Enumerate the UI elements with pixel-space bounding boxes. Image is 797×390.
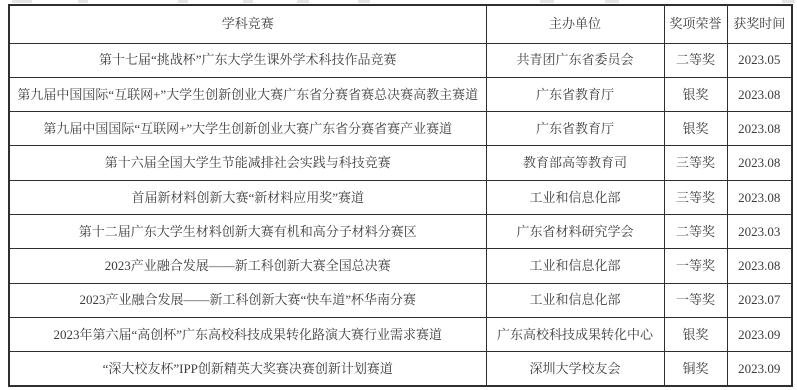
cell-date: 2023.09 bbox=[727, 317, 792, 351]
cell-organizer: 工业和信息化部 bbox=[486, 283, 664, 317]
cell-organizer: 广东高校科技成果转化中心 bbox=[486, 317, 664, 351]
table-row: 第十六届全国大学生节能减排社会实践与科技竞赛教育部高等教育司三等奖2023.08 bbox=[9, 146, 792, 180]
cell-date: 2023.08 bbox=[727, 249, 792, 283]
column-header-award: 奖项荣誉 bbox=[664, 5, 727, 43]
column-header-date: 获奖时间 bbox=[727, 5, 792, 43]
cell-award: 二等奖 bbox=[664, 43, 727, 77]
artifact-mark bbox=[78, 0, 88, 3]
cell-date: 2023.08 bbox=[727, 180, 792, 214]
cell-date: 2023.09 bbox=[727, 352, 792, 386]
cell-competition: “深大校友杯”IPP创新精英大奖赛决赛创新计划赛道 bbox=[9, 352, 486, 386]
cell-award: 银奖 bbox=[664, 77, 727, 111]
award-table-body: 第十七届“挑战杯”广东大学生课外学术科技作品竞赛共青团广东省委员会二等奖2023… bbox=[9, 43, 792, 386]
cell-competition: 首届新材料创新大赛“新材料应用奖”赛道 bbox=[9, 180, 486, 214]
table-row: 第十二届广东大学生材料创新大赛有机和高分子材料分赛区广东省材料研究学会二等奖20… bbox=[9, 214, 792, 248]
table-row: 2023年第六届“高创杯”广东高校科技成果转化路演大赛行业需求赛道广东高校科技成… bbox=[9, 317, 792, 351]
column-header-organizer: 主办单位 bbox=[486, 5, 664, 43]
cell-date: 2023.05 bbox=[727, 43, 792, 77]
cell-date: 2023.08 bbox=[727, 77, 792, 111]
table-row: 第九届中国国际“互联网+”大学生创新创业大赛广东省分赛省赛产业赛道广东省教育厅银… bbox=[9, 112, 792, 146]
cell-competition: 第十二届广东大学生材料创新大赛有机和高分子材料分赛区 bbox=[9, 214, 486, 248]
cell-competition: 第九届中国国际“互联网+”大学生创新创业大赛广东省分赛省赛产业赛道 bbox=[9, 112, 486, 146]
cell-date: 2023.07 bbox=[727, 283, 792, 317]
cell-award: 三等奖 bbox=[664, 146, 727, 180]
artifact-mark bbox=[297, 0, 309, 3]
cell-date: 2023.03 bbox=[727, 214, 792, 248]
cell-award: 银奖 bbox=[664, 317, 727, 351]
artifact-mark bbox=[358, 0, 370, 3]
cell-award: 二等奖 bbox=[664, 214, 727, 248]
cell-organizer: 深圳大学校友会 bbox=[486, 352, 664, 386]
artifact-mark bbox=[243, 0, 253, 3]
cell-award: 三等奖 bbox=[664, 180, 727, 214]
header-row: 学科竞赛 主办单位 奖项荣誉 获奖时间 bbox=[9, 5, 792, 43]
cell-competition: 第十六届全国大学生节能减排社会实践与科技竞赛 bbox=[9, 146, 486, 180]
cell-competition: 2023产业融合发展——新工科创新大赛“快车道”杯华南分赛 bbox=[9, 283, 486, 317]
cell-award: 银奖 bbox=[664, 112, 727, 146]
table-row: 首届新材料创新大赛“新材料应用奖”赛道工业和信息化部三等奖2023.08 bbox=[9, 180, 792, 214]
cell-organizer: 工业和信息化部 bbox=[486, 180, 664, 214]
table-row: 2023产业融合发展——新工科创新大赛全国总决赛工业和信息化部一等奖2023.0… bbox=[9, 249, 792, 283]
artifact-mark bbox=[12, 0, 32, 3]
table-row: 第九届中国国际“互联网+”大学生创新创业大赛广东省分赛省赛总决赛高教主赛道广东省… bbox=[9, 77, 792, 111]
artifact-mark bbox=[540, 0, 554, 3]
cell-organizer: 广东省材料研究学会 bbox=[486, 214, 664, 248]
cell-award: 铜奖 bbox=[664, 352, 727, 386]
table-row: 第十七届“挑战杯”广东大学生课外学术科技作品竞赛共青团广东省委员会二等奖2023… bbox=[9, 43, 792, 77]
table-row: “深大校友杯”IPP创新精英大奖赛决赛创新计划赛道深圳大学校友会铜奖2023.0… bbox=[9, 352, 792, 386]
artifact-mark bbox=[782, 0, 795, 3]
competition-awards-table: 学科竞赛 主办单位 奖项荣誉 获奖时间 第十七届“挑战杯”广东大学生课外学术科技… bbox=[8, 4, 793, 387]
column-header-competition: 学科竞赛 bbox=[9, 5, 486, 43]
cell-competition: 第九届中国国际“互联网+”大学生创新创业大赛广东省分赛省赛总决赛高教主赛道 bbox=[9, 77, 486, 111]
cell-organizer: 教育部高等教育司 bbox=[486, 146, 664, 180]
cell-date: 2023.08 bbox=[727, 146, 792, 180]
cell-organizer: 工业和信息化部 bbox=[486, 249, 664, 283]
cell-award: 一等奖 bbox=[664, 249, 727, 283]
cell-competition: 2023产业融合发展——新工科创新大赛全国总决赛 bbox=[9, 249, 486, 283]
table-header: 学科竞赛 主办单位 奖项荣誉 获奖时间 bbox=[9, 5, 792, 43]
cell-competition: 2023年第六届“高创杯”广东高校科技成果转化路演大赛行业需求赛道 bbox=[9, 317, 486, 351]
cell-competition: 第十七届“挑战杯”广东大学生课外学术科技作品竞赛 bbox=[9, 43, 486, 77]
artifact-mark bbox=[178, 0, 188, 3]
cell-award: 一等奖 bbox=[664, 283, 727, 317]
cell-organizer: 广东省教育厅 bbox=[486, 77, 664, 111]
cell-date: 2023.08 bbox=[727, 112, 792, 146]
cell-organizer: 广东省教育厅 bbox=[486, 112, 664, 146]
cell-organizer: 共青团广东省委员会 bbox=[486, 43, 664, 77]
table-row: 2023产业融合发展——新工科创新大赛“快车道”杯华南分赛工业和信息化部一等奖2… bbox=[9, 283, 792, 317]
artifact-mark bbox=[605, 0, 619, 3]
